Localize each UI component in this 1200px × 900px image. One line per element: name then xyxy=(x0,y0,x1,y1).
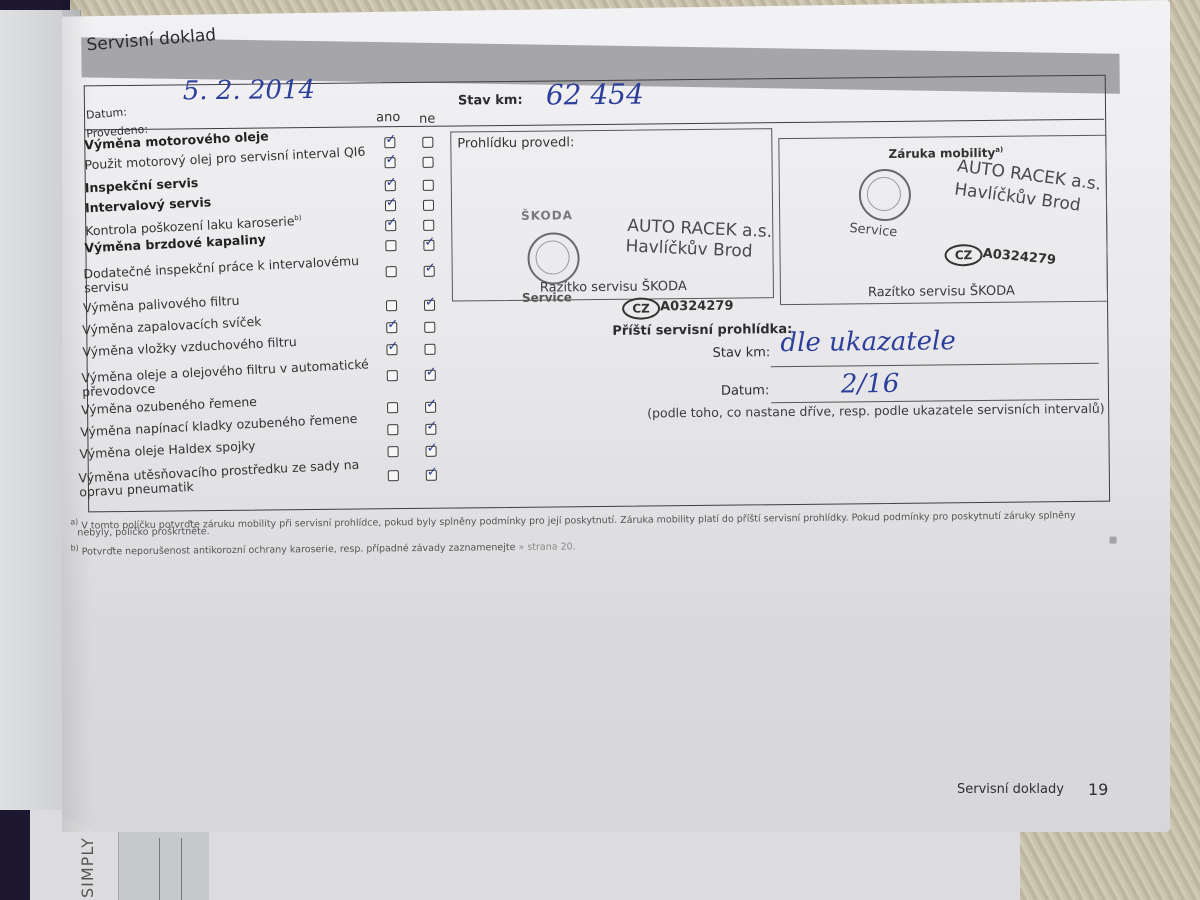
column-yes-header: ano xyxy=(376,110,400,125)
footer-chapter-title: Servisní doklady xyxy=(957,782,1064,797)
checkbox-yes[interactable] xyxy=(385,200,396,211)
checkbox-yes[interactable] xyxy=(386,344,397,355)
service-record-form: Servisní doklad Datum: 5. 2. 2014 Stav k… xyxy=(0,0,1200,900)
checkbox-yes[interactable] xyxy=(387,424,398,435)
checkbox-no[interactable] xyxy=(423,240,434,251)
checkbox-no[interactable] xyxy=(424,322,435,333)
next-mileage-value[interactable]: dle ukazatele xyxy=(780,326,956,358)
mobility-stamp-title: Záruka mobilitya) xyxy=(888,146,1003,161)
skoda-logo-icon xyxy=(859,169,912,222)
checkbox-no[interactable] xyxy=(426,470,437,481)
page-number: 19 xyxy=(1088,780,1108,799)
column-no-header: ne xyxy=(419,112,435,127)
checkbox-no[interactable] xyxy=(425,402,436,413)
next-date-label: Datum: xyxy=(721,383,770,399)
mileage-value[interactable]: 62 454 xyxy=(546,78,644,112)
next-date-value[interactable]: 2/16 xyxy=(841,369,900,400)
checkbox-yes[interactable] xyxy=(385,180,396,191)
page-reference-link[interactable]: » strana 20. xyxy=(518,541,575,553)
checkbox-yes[interactable] xyxy=(387,402,398,413)
checkbox-no[interactable] xyxy=(426,446,437,457)
inspection-service-text: Service xyxy=(522,290,572,305)
next-service-title: Příští servisní prohlídka: xyxy=(612,322,792,339)
checkbox-yes[interactable] xyxy=(388,470,399,481)
checkbox-yes[interactable] xyxy=(386,266,397,277)
checkbox-yes[interactable] xyxy=(387,370,398,381)
footnote-b: b) Potvrďte neporušenost antikorozní och… xyxy=(71,538,576,557)
footnote-a-continued: nebyly, políčko proškrtněte. xyxy=(77,526,209,538)
skoda-logo-icon xyxy=(527,232,580,285)
checkbox-no[interactable] xyxy=(422,157,433,168)
skoda-brand-text: ŠKODA xyxy=(521,208,573,223)
checkbox-no[interactable] xyxy=(422,137,433,148)
inspection-stamp-box xyxy=(450,128,774,301)
checkbox-no[interactable] xyxy=(424,300,435,311)
checkbox-yes[interactable] xyxy=(384,157,395,168)
checkbox-no[interactable] xyxy=(425,370,436,381)
checkbox-no[interactable] xyxy=(423,200,434,211)
next-mileage-label: Stav km: xyxy=(712,345,770,361)
checkbox-yes[interactable] xyxy=(388,446,399,457)
section-end-marker xyxy=(1110,537,1117,544)
mobility-stamp-caption: Razítko servisu ŠKODA xyxy=(868,284,1015,301)
checkbox-yes[interactable] xyxy=(386,300,397,311)
checkbox-no[interactable] xyxy=(423,220,434,231)
checkbox-yes[interactable] xyxy=(384,137,395,148)
checkbox-yes[interactable] xyxy=(386,322,397,333)
checkbox-no[interactable] xyxy=(425,424,436,435)
checkbox-no[interactable] xyxy=(424,266,435,277)
checkbox-yes[interactable] xyxy=(385,240,396,251)
checkbox-no[interactable] xyxy=(424,344,435,355)
inspection-stamp-title: Prohlídku provedl: xyxy=(457,135,574,151)
checkbox-no[interactable] xyxy=(423,180,434,191)
checkbox-yes[interactable] xyxy=(385,220,396,231)
mileage-label: Stav km: xyxy=(458,93,523,109)
date-value[interactable]: 5. 2. 2014 xyxy=(183,75,316,106)
inspection-dealer-code: A0324279 xyxy=(660,299,734,315)
